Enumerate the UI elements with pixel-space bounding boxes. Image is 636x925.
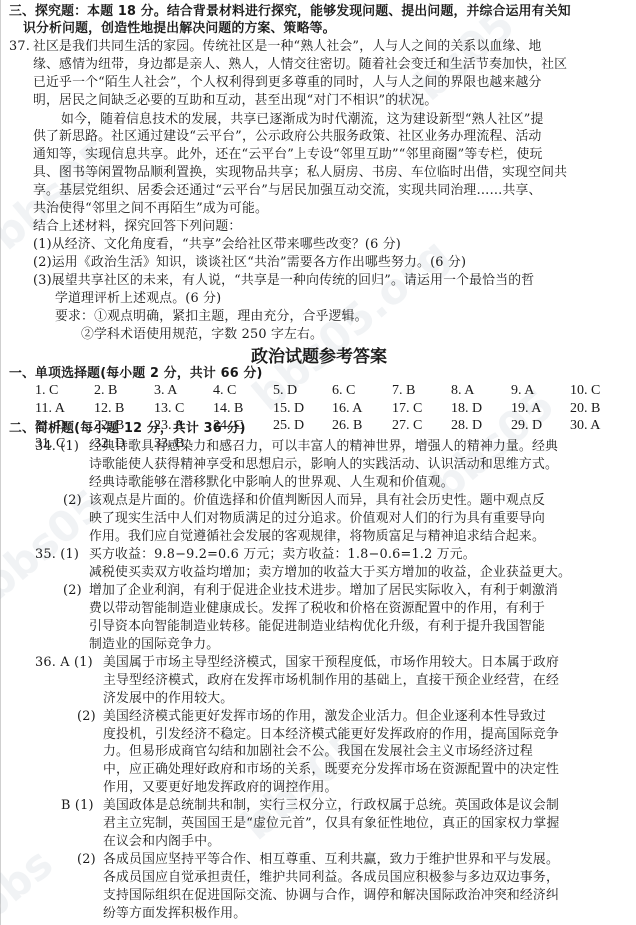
q37-para1-line: 社区是我们共同生活的家园。传统社区是一种“熟人社会”，人与人之间的关系以血缘、地 <box>33 38 542 56</box>
q36-a2-line: 中，应正确处理好政府和市场的关系，既要充分发挥市场在资源配置中的决定性 <box>103 761 559 779</box>
q36-b1-line: 在议会和内阁手中。 <box>103 833 220 851</box>
q35-answer2-line: 引导资本向智能制造业转移。能促进制造业结构优化升级，有利于提升我国智能 <box>89 618 545 636</box>
q35-answer1-line: 买方收益：9.8−9.2=0.6 万元；卖方收益：1.8−0.6=1.2 万元。 <box>89 546 476 564</box>
answer-item: 9. A <box>511 383 534 399</box>
q36-a2-line: 度投机，引发经济不稳定。日本经济模式能更好发挥政府的作用，提高国际竞争 <box>103 726 559 744</box>
q37-para2-line: 通知等，实现信息共享。此外，还在“云平台”上专设“邻里互助”“邻里商圈”等专栏，… <box>33 146 543 164</box>
q37-requirement-1: 要求：①观点明确，紧扣主题，理由充分，合乎逻辑。 <box>55 308 368 326</box>
q35-answer2-line: 增加了企业利润，有利于促进企业技术进步。增加了居民实际收入，有利于刺激消 <box>89 582 558 600</box>
answer-item: 26. B <box>332 418 362 434</box>
q35-answer2-line: 制造业的国际竞争力。 <box>89 636 219 654</box>
q34-answer1-line: 经典诗歌能够在潜移默化中影响人的世界观、人生观和价值观。 <box>89 474 454 492</box>
answer-item: 10. C <box>570 383 600 399</box>
q36-label-b2: (2) <box>77 851 96 869</box>
q37-sub1: (1)从经济、文化角度看，“共享”会给社区带来哪些改变？(6 分) <box>33 236 401 254</box>
answer-item: 30. A <box>570 418 600 434</box>
answer-item: 6. C <box>332 383 355 399</box>
q37-para1-line: 已近乎一个“陌生人社会”，个人权利得到更多尊重的同时，人与人之间的界限也越来越分 <box>33 74 542 92</box>
answer-item: 29. D <box>511 418 542 434</box>
answer-item: 20. B <box>570 401 600 417</box>
q36-a1-line: 美国属于市场主导型经济模式，国家干预程度低，市场作用较大。日本属于政府 <box>103 654 559 672</box>
question-number: 37. <box>9 38 30 56</box>
q34-label: 34. (1) <box>35 438 79 456</box>
q36-b1-line: 美国政体是总统制共和制，实行三权分立，行政权属于总统。英国政体是议会制 <box>103 797 559 815</box>
q37-para2-line: 享。基层党组织、居委会还通过“云平台”与居民加强互动交流，实现共同治理……共享、 <box>33 182 542 200</box>
q35-answer2-line: 费以带动智能制造业健康成长。发挥了税收和价格在资源配置中的作用，有利于 <box>89 600 545 618</box>
q37-para2-line: 共治使得“邻里之间不再陌生”成为可能。 <box>33 200 268 218</box>
q36-a2-line: 作用，又要更好地发挥政府的调控作用。 <box>103 779 338 797</box>
q36-b2-line: 各成员国应坚持平等合作、相互尊重、互利共赢，致力于维护世界和平与发展。 <box>103 851 559 869</box>
answer-item: 13. C <box>154 401 184 417</box>
section3-header-cont: 识分析问题，创造性地提出解决问题的方案、策略等。 <box>23 20 336 38</box>
q36-b2-line: 各成员国应自觉承担责任，维护共同利益。各成员国应积极参与多边双边事务， <box>103 869 559 887</box>
answer-item: 11. A <box>35 401 65 417</box>
q37-prompt: 结合上述材料，探究回答下列问题： <box>33 218 241 236</box>
q34-answer2-line: 该观点是片面的。价值选择和价值判断因人而异，具有社会历史性。题中观点反 <box>89 492 545 510</box>
q37-para2-line: 具、图书等闲置物品顺利置换，实现物品共享；私人厨房、书房、车位临时出借，实现空间… <box>33 164 567 182</box>
q36-label-a: 36. A (1) <box>35 654 93 672</box>
q36-a1-line: 主导型经济模式，政府在发挥市场机制作用的基础上，直接干预企业经营，在经 <box>103 672 559 690</box>
answer-item: 15. D <box>273 401 304 417</box>
q36-b2-line: 纷等方面发挥积极作用。 <box>103 905 246 923</box>
answer-item: 27. C <box>392 418 422 434</box>
answer-item: 19. A <box>511 401 541 417</box>
part1-header: 一、单项选择题(每小题 2 分，共计 66 分) <box>9 365 263 383</box>
q36-b1-line: 君主立宪制，英国国王是“虚位元首”，仅具有象征性地位，真正的国家权力掌握 <box>103 815 559 833</box>
answer-item: 3. A <box>154 383 177 399</box>
q35-answer1-line: 减税使买卖双方收益均增加；卖方增加的收益大于买方增加的收益，企业获益更大。 <box>89 564 571 582</box>
answer-item: 8. A <box>451 383 474 399</box>
q37-sub2: (2)运用《政治生活》知识，谈谈社区“共治”需要各方作出哪些努力。(6 分) <box>33 254 466 272</box>
answer-item: 1. C <box>35 383 58 399</box>
answer-item: 25. D <box>273 418 304 434</box>
q36-label-a2: (2) <box>77 708 96 726</box>
q34-label2: (2) <box>63 492 82 510</box>
exam-page: bbs05 bbs05 bbs05.org bbs05 bbs05 bbs05 … <box>0 0 636 925</box>
answer-item: 16. A <box>332 401 362 417</box>
answer-item: 28. D <box>451 418 482 434</box>
q37-sub3: (3)展望共享社区的未来，有人说，“共享是一种向传统的回归”。请运用一个最恰当的… <box>33 272 534 290</box>
section3-header: 三、探究题：本题 18 分。结合背景材料进行探究，能够发现问题、提出问题，并综合… <box>9 3 571 21</box>
q37-para2-line: 供了新思路。社区通过建设“云平台”，公示政府公共服务政策、社区业务办理流程、活动 <box>33 128 542 146</box>
q34-answer1-line: 经典诗歌具有感染力和感召力，可以丰富人的精神世界，增强人的精神力量。经典 <box>89 438 558 456</box>
answer-item: 14. B <box>213 401 243 417</box>
q34-answer1-line: 诗歌能使人获得精神享受和思想启示，影响人的实践活动、认识活动和思维方式。 <box>89 456 558 474</box>
answer-item: 18. D <box>451 401 482 417</box>
part2-header: 二、简析题(每小题 12 分，共计 36 分) <box>9 420 246 438</box>
answer-item: 17. C <box>392 401 422 417</box>
q36-a1-line: 济发展中的作用较大。 <box>103 690 233 708</box>
q34-answer2-line: 映了现实生活中人们对物质满足的过分追求。价值观对人们的行为具有重要导向 <box>89 510 545 528</box>
q35-label2: (2) <box>63 582 82 600</box>
answer-item: 4. C <box>213 383 236 399</box>
watermark: bbs <box>0 838 62 925</box>
answer-item: 2. B <box>94 383 117 399</box>
answer-key-title: 政治试题参考答案 <box>1 342 636 367</box>
answer-item: 12. B <box>94 401 124 417</box>
q36-b2-line: 支持国际组织在促进国际交流、协调与合作，调停和解决国际政治冲突和经济纠 <box>103 887 559 905</box>
answer-item: 7. B <box>392 383 415 399</box>
q36-a2-line: 美国经济模式能更好发挥市场的作用，激发企业活力。但企业逐利本性导致过 <box>103 708 546 726</box>
q35-label: 35. (1) <box>35 546 79 564</box>
q37-para1-line: 缘、感情为纽带，身边都是亲人、熟人，人情交往密切。随着社会变迁和生活节奏加快，社… <box>33 56 567 74</box>
q37-para1-line: 明，居民之间缺乏必要的互助和互动，甚至出现“对门不相识”的状况。 <box>33 92 437 110</box>
q36-a2-line: 力。但易形成商官勾结和加剧社会不公。我国在发展社会主义市场经济过程 <box>103 743 533 761</box>
q34-answer2-line: 作用。我们应自觉遵循社会发展的客观规律，将物质富足与精神追求结合起来。 <box>89 528 545 546</box>
q37-para2-line: 如今，随着信息技术的发展，共享已逐渐成为时代潮流，这为建设新型“熟人社区”提 <box>61 111 544 129</box>
answer-item: 5. D <box>273 383 297 399</box>
q36-label-b: B (1) <box>61 797 94 815</box>
q37-sub3-cont: 学道理评析上述观点。(6 分) <box>55 290 221 308</box>
